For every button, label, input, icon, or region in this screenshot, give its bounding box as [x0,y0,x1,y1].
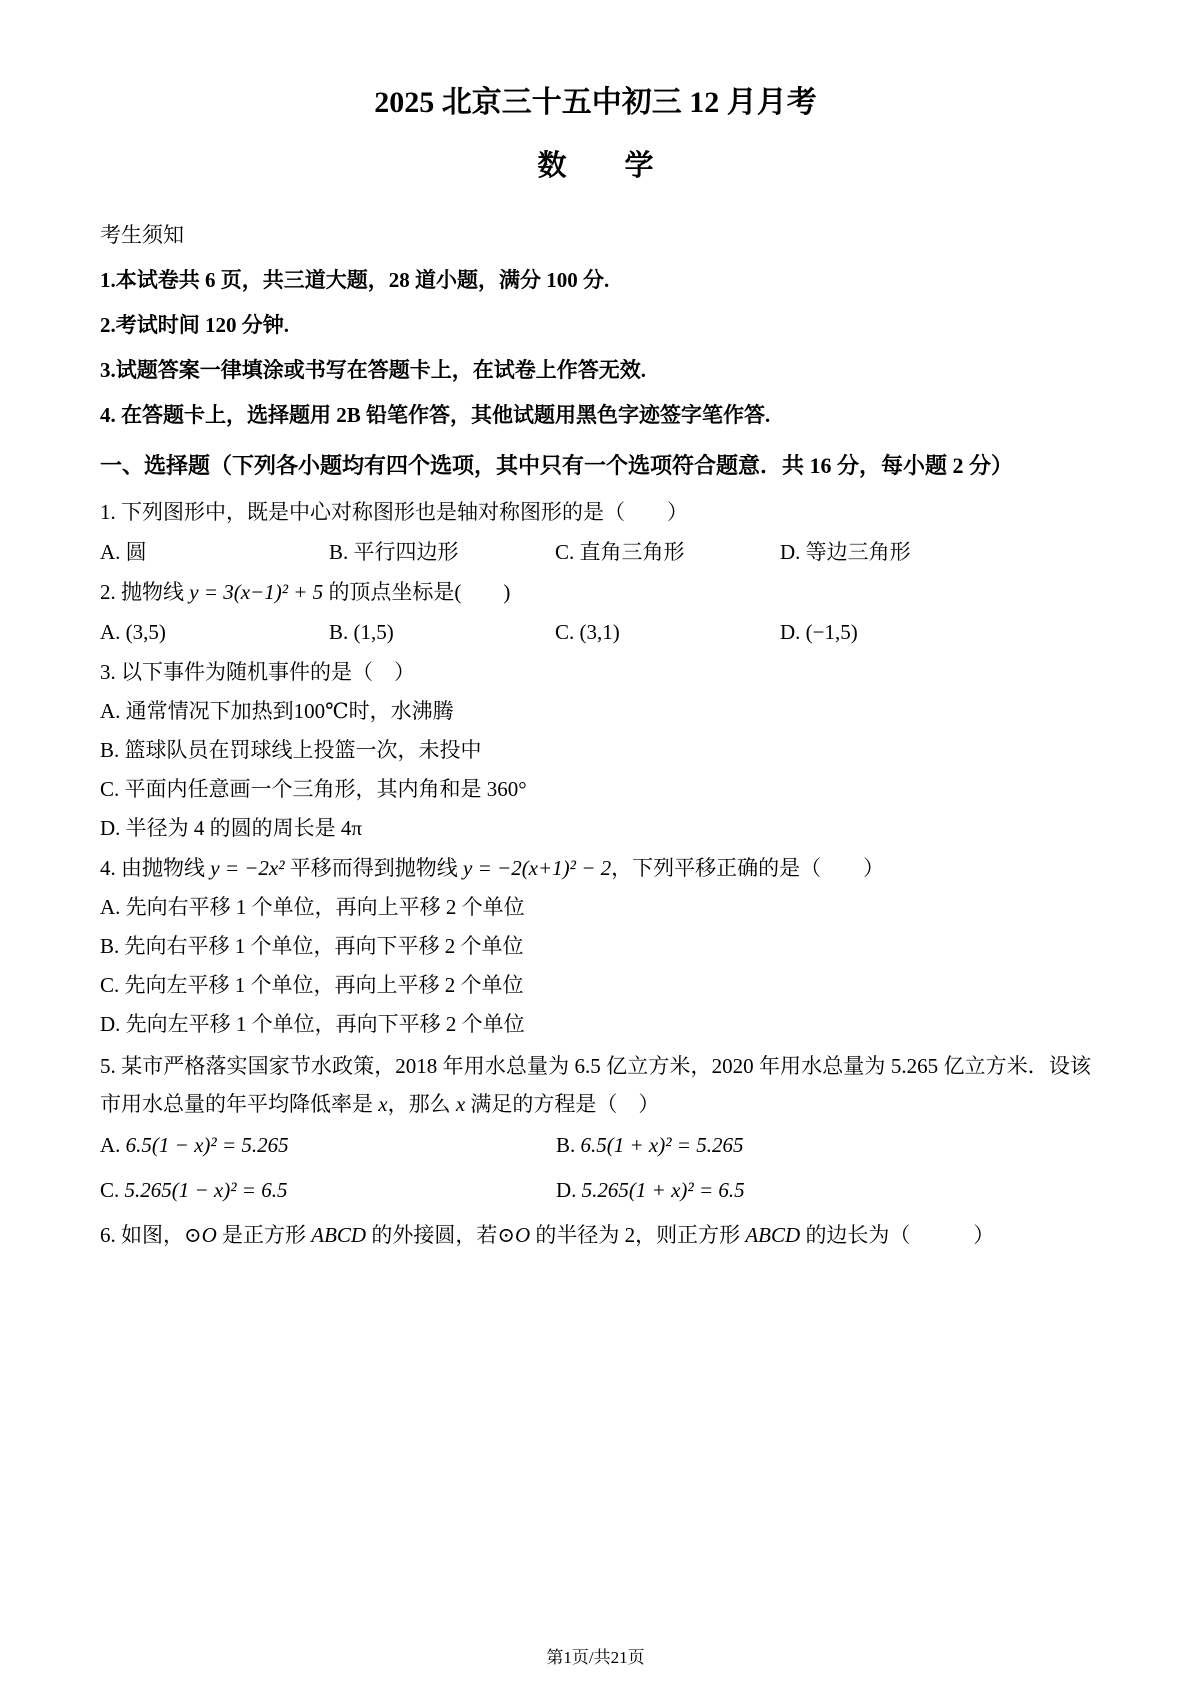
question-4-stem-end: ，下列平移正确的是（ ） [611,856,884,880]
question-5-option-a-formula: 6.5(1 − x)² = 5.265 [126,1133,289,1157]
question-3-option-c: C. 平面内任意画一个三角形，其内角和是 360° [100,775,1091,804]
question-1-option-a: A. 圆 [100,538,329,567]
question-5-stem-mid: ，那么 [388,1092,456,1116]
question-4-option-d: D. 先向左平移 1 个单位，再向下平移 2 个单位 [100,1010,1091,1039]
notice-item-1: 1.本试卷共 6 页，共三道大题，28 道小题，满分 100 分. [100,266,1091,294]
question-1-option-b: B. 平行四边形 [329,538,555,567]
question-1-option-c: C. 直角三角形 [555,538,780,567]
notice-item-3: 3.试题答案一律填涂或书写在答题卡上，在试卷上作答无效. [100,356,1091,384]
question-6-abcd-1: ABCD [311,1223,366,1247]
question-2-option-d: D. (−1,5) [780,618,1091,647]
notice-heading: 考生须知 [100,221,1091,249]
question-3-option-b: B. 篮球队员在罚球线上投篮一次，未投中 [100,736,1091,765]
question-6: 6. 如图，⊙O 是正方形 ABCD 的外接圆，若⊙O 的半径为 2，则正方形 … [100,1221,1091,1250]
question-1-stem: 1. 下列图形中，既是中心对称图形也是轴对称图形的是（ ） [100,498,1091,527]
question-4-option-b: B. 先向右平移 1 个单位，再向下平移 2 个单位 [100,932,1091,961]
question-5-option-d-formula: 5.265(1 + x)² = 6.5 [582,1178,745,1202]
question-5-options: A. 6.5(1 − x)² = 5.265 B. 6.5(1 + x)² = … [100,1131,1091,1205]
question-2-options: A. (3,5) B. (1,5) C. (3,1) D. (−1,5) [100,618,1091,647]
question-3: 3. 以下事件为随机事件的是（ ） A. 通常情况下加热到100℃时，水沸腾 B… [100,658,1091,843]
question-2-option-c: C. (3,1) [555,618,780,647]
question-2-stem: 2. 抛物线 y = 3(x−1)² + 5 的顶点坐标是( ) [100,578,1091,607]
notice-item-2: 2.考试时间 120 分钟. [100,311,1091,339]
question-5-option-b: B. 6.5(1 + x)² = 5.265 [556,1131,1091,1160]
question-6-stem-text-5: 的边长为（ ） [800,1223,994,1247]
question-1-options: A. 圆 B. 平行四边形 C. 直角三角形 D. 等边三角形 [100,538,1091,567]
question-4-formula-1: y = −2x² [210,856,284,880]
question-5-stem-end: 满足的方程是（ ） [465,1092,659,1116]
question-6-stem-text-4: 的半径为 2，则正方形 [530,1223,745,1247]
question-2: 2. 抛物线 y = 3(x−1)² + 5 的顶点坐标是( ) A. (3,5… [100,578,1091,647]
exam-page: 2025 北京三十五中初三 12 月月考 数 学 考生须知 1.本试卷共 6 页… [0,0,1191,1684]
question-5-option-b-label: B. [556,1133,575,1157]
question-5: 5. 某市严格落实国家节水政策，2018 年用水总量为 6.5 亿立方米，202… [100,1047,1091,1205]
question-4-stem: 4. 由抛物线 y = −2x² 平移而得到抛物线 y = −2(x+1)² −… [100,854,1091,883]
question-2-stem-text: 2. 抛物线 [100,580,189,604]
notice-item-4: 4. 在答题卡上，选择题用 2B 铅笔作答，其他试题用黑色字迹签字笔作答. [100,401,1091,429]
question-5-stem: 5. 某市严格落实国家节水政策，2018 年用水总量为 6.5 亿立方米，202… [100,1047,1091,1123]
subject-title: 数 学 [100,150,1091,183]
question-5-option-c-formula: 5.265(1 − x)² = 6.5 [125,1178,288,1202]
question-1-option-d: D. 等边三角形 [780,538,1091,567]
question-6-stem-text-2: 是正方形 [217,1223,312,1247]
question-5-option-d: D. 5.265(1 + x)² = 6.5 [556,1176,1091,1205]
question-5-option-b-formula: 6.5(1 + x)² = 5.265 [581,1133,744,1157]
question-6-abcd-2: ABCD [745,1223,800,1247]
question-5-option-a: A. 6.5(1 − x)² = 5.265 [100,1131,556,1160]
question-3-option-d: D. 半径为 4 的圆的周长是 4π [100,814,1091,843]
question-3-stem: 3. 以下事件为随机事件的是（ ） [100,658,1091,687]
question-2-option-b: B. (1,5) [329,618,555,647]
question-6-stem-text-1: 6. 如图， [100,1223,184,1247]
question-4-stem-text: 4. 由抛物线 [100,856,210,880]
question-4-formula-2: y = −2(x+1)² − 2 [463,856,611,880]
question-1: 1. 下列图形中，既是中心对称图形也是轴对称图形的是（ ） A. 圆 B. 平行… [100,498,1091,567]
page-footer: 第1页/共21页 [0,1648,1191,1668]
question-6-circle-o-2: ⊙O [497,1223,530,1247]
question-6-stem: 6. 如图，⊙O 是正方形 ABCD 的外接圆，若⊙O 的半径为 2，则正方形 … [100,1221,1091,1250]
question-5-option-c-label: C. [100,1178,119,1202]
question-2-option-a: A. (3,5) [100,618,329,647]
question-3-option-a: A. 通常情况下加热到100℃时，水沸腾 [100,697,1091,726]
question-5-option-a-label: A. [100,1133,120,1157]
question-4-option-a: A. 先向右平移 1 个单位，再向上平移 2 个单位 [100,893,1091,922]
question-4-option-c: C. 先向左平移 1 个单位，再向上平移 2 个单位 [100,971,1091,1000]
question-5-option-c: C. 5.265(1 − x)² = 6.5 [100,1176,556,1205]
question-5-option-d-label: D. [556,1178,576,1202]
question-4-stem-mid: 平移而得到抛物线 [285,856,464,880]
question-6-stem-text-3: 的外接圆，若 [366,1223,497,1247]
section-heading: 一、选择题（下列各小题均有四个选项，其中只有一个选项符合题意．共 16 分，每小… [100,445,1091,487]
question-5-var-x-1: x [378,1092,387,1116]
question-2-formula: y = 3(x−1)² + 5 [189,580,323,604]
page-title: 2025 北京三十五中初三 12 月月考 [100,86,1091,120]
question-2-stem-text-end: 的顶点坐标是( ) [323,580,510,604]
question-5-var-x-2: x [456,1092,465,1116]
question-6-circle-o-1: ⊙O [184,1223,217,1247]
question-4: 4. 由抛物线 y = −2x² 平移而得到抛物线 y = −2(x+1)² −… [100,854,1091,1039]
